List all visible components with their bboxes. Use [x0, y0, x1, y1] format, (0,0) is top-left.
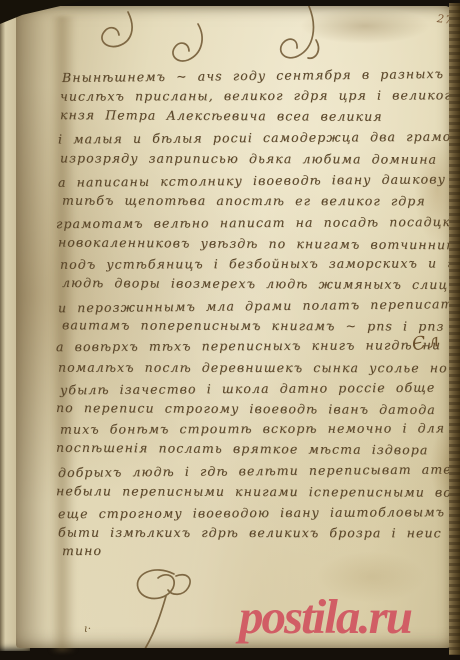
manuscript-photo: Внынѣшнемъ ~ ачѕ году сентября в разныхъ…: [0, 0, 460, 660]
manuscript-line: новокаленниковъ увѣздѣ по книгамъ вотчин…: [58, 235, 460, 253]
manuscript-line: а вовѣрхъ тѣхъ переписныхъ книгъ нигдѣ н…: [56, 337, 460, 354]
manuscript-page: Внынѣшнемъ ~ ачѕ году сентября в разныхъ…: [16, 6, 452, 648]
manuscript-line: i малыя и бѣлыя росиi самодержца два гра…: [58, 129, 460, 147]
manuscript-line: и перозжиннымъ мла драми полатъ переписа…: [58, 296, 460, 316]
corner-ink-mark: ι·: [84, 624, 91, 635]
manuscript-line: еще строгному iвоеводою iвану iаштобловы…: [58, 504, 460, 521]
manuscript-line: по переписи строгому iвоеводѣ iванъ дато…: [56, 400, 436, 417]
paper-stain: [300, 8, 430, 44]
manuscript-line: тиѣбъ щепотѣва апостлѣ ег великог гдря: [62, 193, 426, 209]
manuscript-line: грамотамъ велѣно написат на посадѣ посад…: [56, 214, 460, 231]
manuscript-line: тихъ бонѣмъ строитѣ вскорѣ немочно i для: [60, 420, 445, 436]
manuscript-line: небыли переписными книгами iспереписными…: [56, 483, 460, 500]
manuscript-line: ваитамъ попереписнымъ книгамъ ~ рпѕ i рп…: [62, 317, 460, 333]
manuscript-line: Внынѣшнемъ ~ ачѕ году сентября в разныхъ: [62, 66, 444, 85]
manuscript-line: подъ устѣбяницъ i безбойныхъ заморскихъ …: [60, 255, 460, 272]
manuscript-line: числѣхъ присланы, великог гдря цря i вел…: [60, 87, 452, 103]
watermark: postila.ru: [239, 588, 411, 645]
manuscript-line: тино: [62, 543, 102, 558]
manuscript-line: добрыхъ людѣ i гдѣ велѣти переписыват ат…: [58, 461, 460, 480]
manuscript-line: помалѣхъ послѣ деревнишекъ сынка усолье …: [58, 360, 460, 376]
manuscript-line: людѣ дворы iвозмерехъ людѣ жимяныхъ слиц: [62, 275, 448, 292]
manuscript-line: а написаны кстолнику iвоеводѣ iвану дашк…: [58, 171, 446, 189]
book-fore-edge: [449, 3, 460, 655]
manuscript-line: убылѣ iзачество i школа датно россіе общ…: [60, 380, 435, 398]
manuscript-line: кнзя Петра Алексѣевича всеа великия: [60, 107, 383, 124]
manuscript-line: изрозряду заприписью дьяка любима домнин…: [60, 150, 437, 166]
manuscript-line: поспѣшенія послать вряткое мѣста іздвора: [56, 440, 429, 458]
manuscript-line: быти iзмѣлкихъ гдрѣ великихъ брозра i не…: [58, 525, 442, 541]
